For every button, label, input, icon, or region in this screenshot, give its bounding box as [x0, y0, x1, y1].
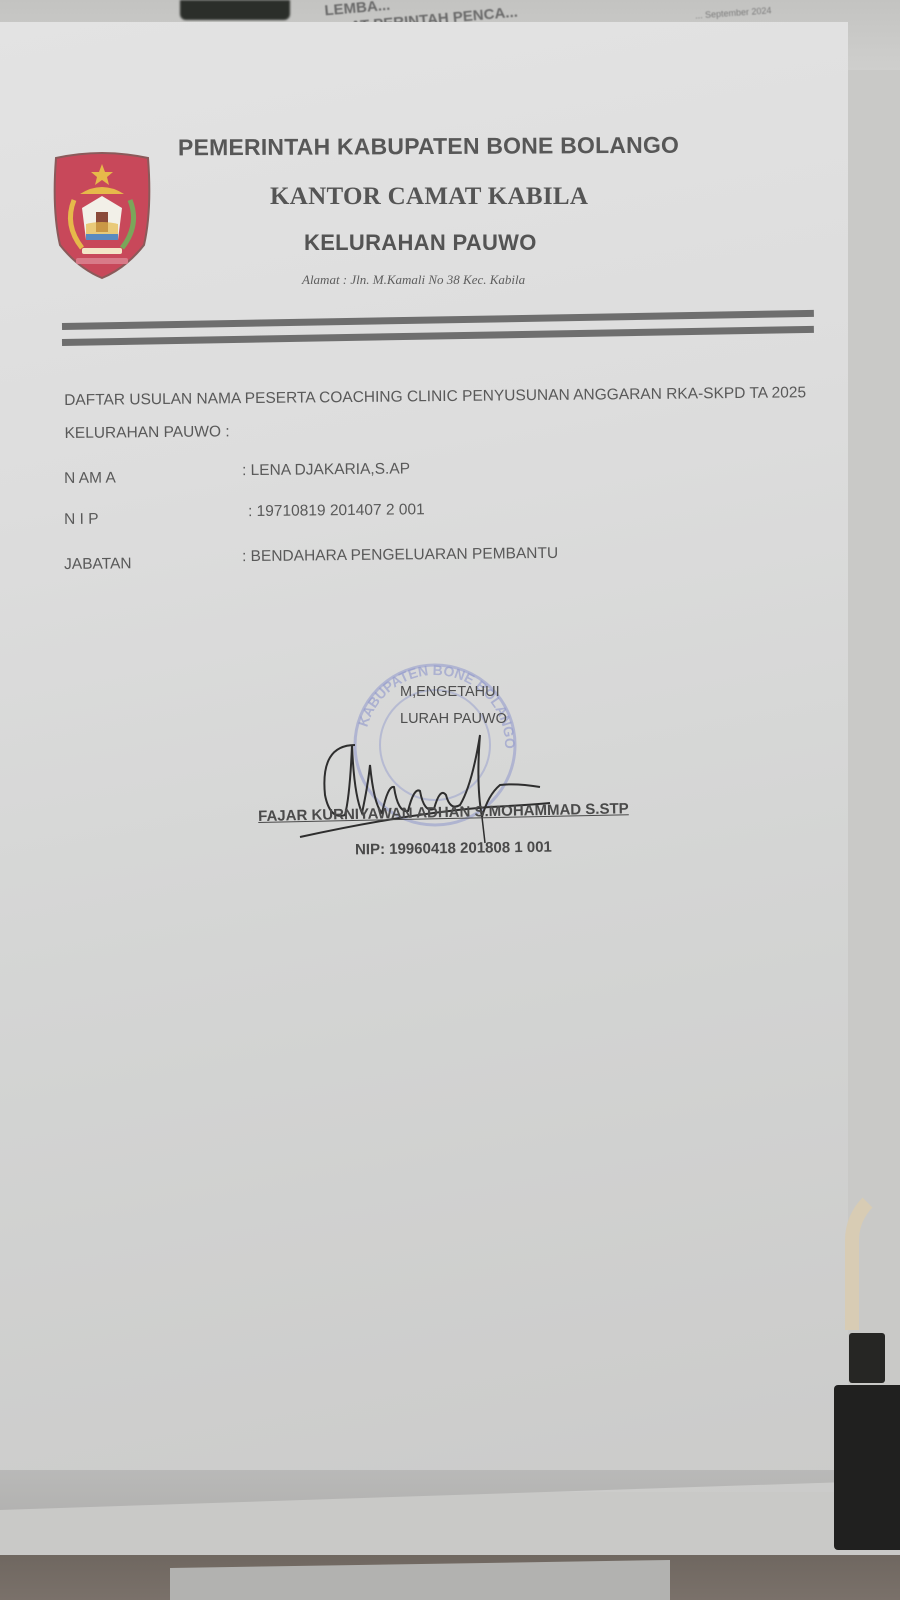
- acknowledge-label: M,ENGETAHUI: [400, 684, 500, 700]
- background-object: [180, 0, 290, 20]
- field-label: JABATAN: [64, 554, 242, 574]
- field-nip: N I P: 19710819 201407 2 001: [64, 507, 419, 529]
- handwritten-signature-icon: [290, 725, 590, 845]
- signer-nip: NIP: 19960418 201808 1 001: [355, 839, 552, 859]
- field-value: : 19710819 201407 2 001: [248, 501, 425, 520]
- field-value: : BENDAHARA PENGELUARAN PEMBANTU: [242, 545, 558, 565]
- plug-top: [849, 1333, 885, 1383]
- document-intro: DAFTAR USULAN NAMA PESERTA COACHING CLIN…: [64, 376, 825, 450]
- regency-emblem-icon: [46, 150, 158, 280]
- letterhead-address: Alamat : Jln. M.Kamali No 38 Kec. Kabila: [302, 272, 525, 288]
- letterhead-government: PEMERINTAH KABUPATEN BONE BOLANGO: [178, 132, 698, 162]
- letterhead-office: KANTOR CAMAT KABILA: [270, 183, 588, 211]
- letterhead-kelurahan: KELURAHAN PAUWO: [304, 230, 537, 256]
- field-value: : LENA DJAKARIA,S.AP: [242, 460, 410, 479]
- field-label: N I P: [64, 509, 242, 529]
- cable: [845, 1180, 900, 1330]
- field-nama: N AM A: LENA DJAKARIA,S.AP: [64, 466, 410, 488]
- field-label: N AM A: [64, 468, 242, 488]
- power-plug: [834, 1385, 900, 1550]
